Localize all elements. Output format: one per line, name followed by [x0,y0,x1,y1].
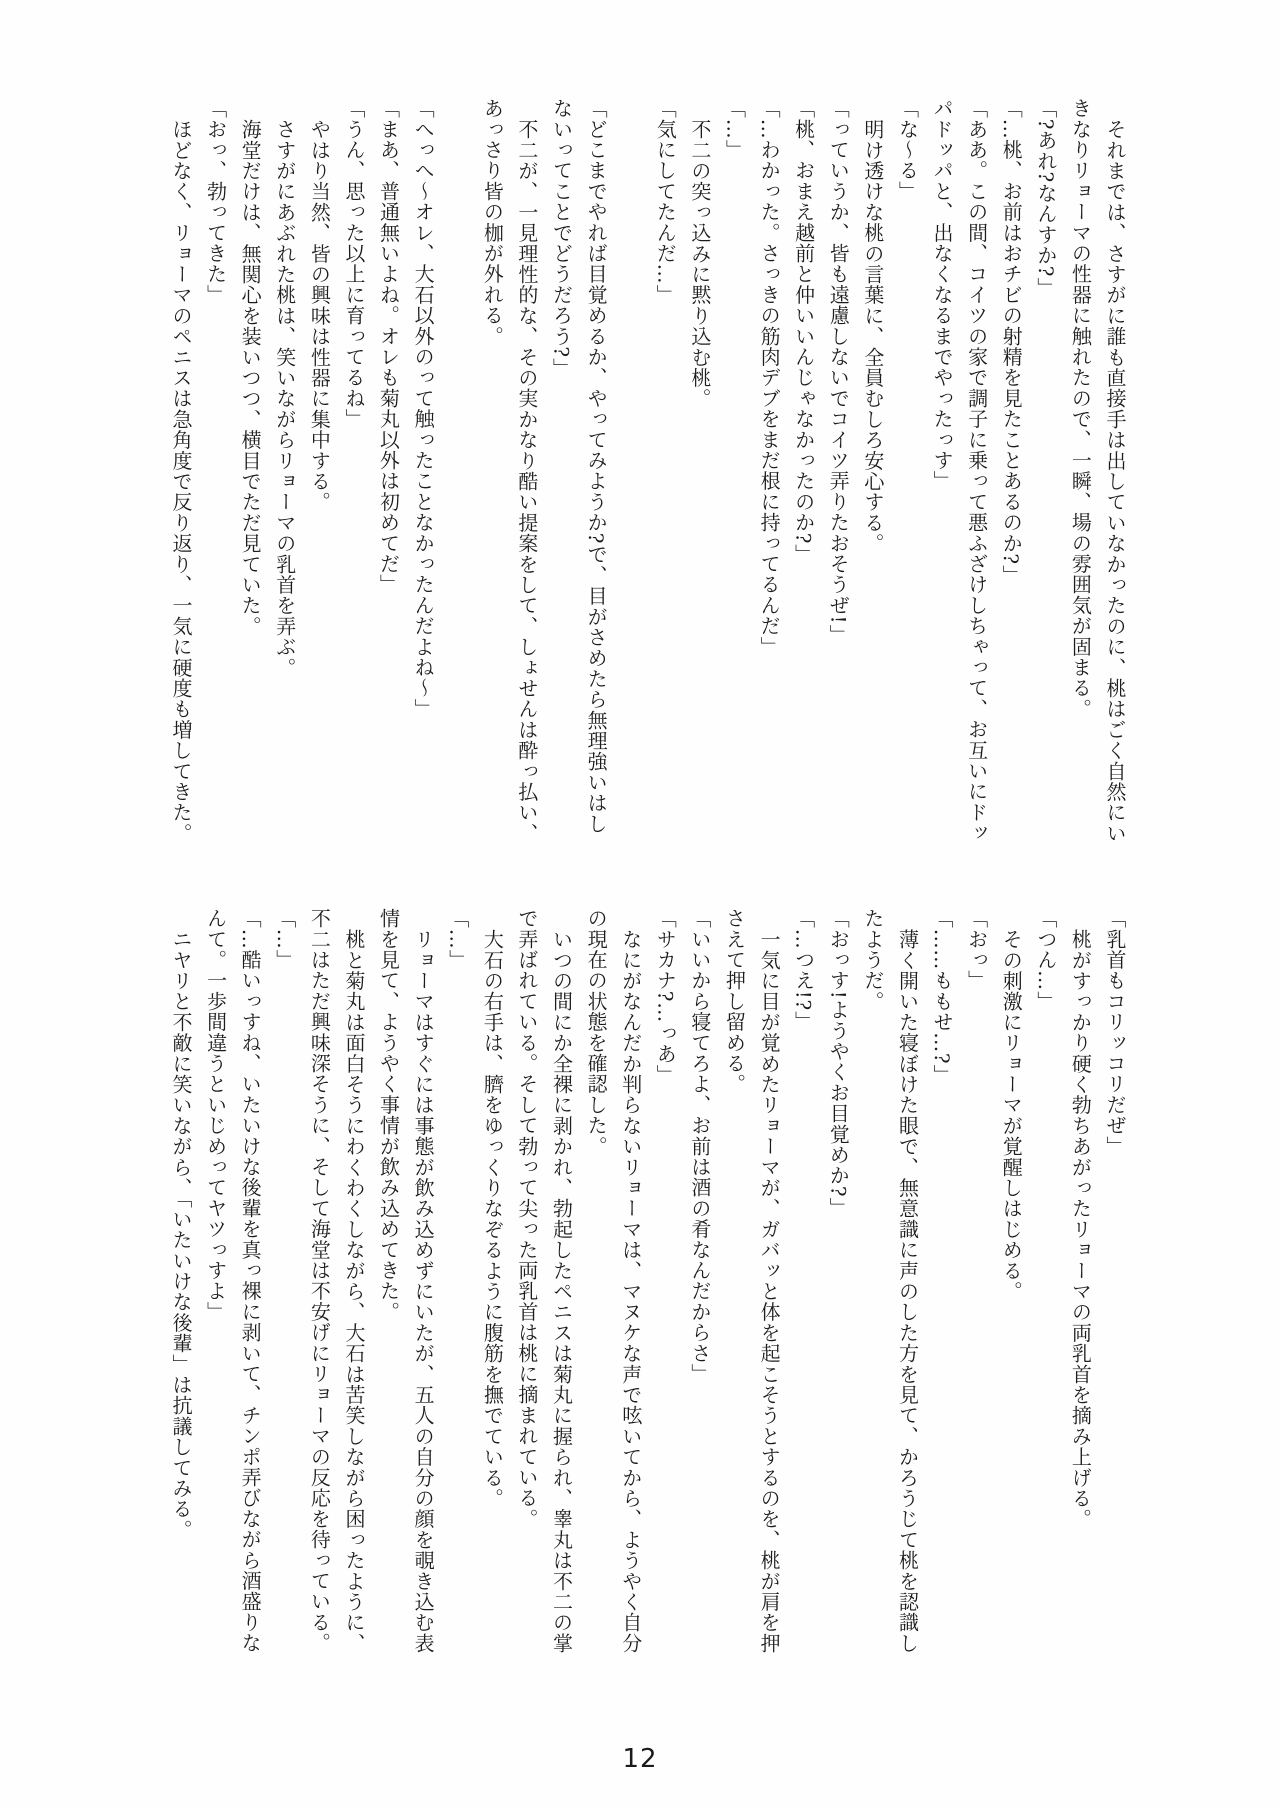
text-line: 「な〜る」 [890,98,925,840]
text-line: その刺激にリョーマが覚醒しはじめる。 [994,908,1029,1650]
text-line: 「おっ」 [959,908,994,1650]
text-line: の現在の状態を確認した。 [579,908,614,1650]
text-line: ニヤリと不敵に笑いながら、「いたいけな後輩」は抗議してみる。 [163,908,198,1650]
text-line: 桃がすっかり硬く勃ちあがったリョーマの両乳首を摘み上げる。 [1063,908,1098,1650]
text-line [440,98,475,840]
text-line: きなりリョーマの性器に触れたので、一瞬、場の雰囲気が固まる。 [1063,98,1098,840]
text-line: それまでは、さすがに誰も直接手は出していなかったのに、桃はごく自然にい [1097,98,1132,840]
text-block-top: それまでは、さすがに誰も直接手は出していなかったのに、桃はごく自然にいきなりリョ… [163,98,1132,840]
text-line: 「桃、おまえ越前と仲いいんじゃなかったのか?」 [786,98,821,840]
text-line: ほどなく、リョーマのペニスは急角度で反り返り、一気に硬度も増してきた。 [163,98,198,840]
text-line: 「まあ、普通無いよね。オレも菊丸以外は初めてだ」 [371,98,406,840]
text-line: 「サカナ?…っあ」 [648,908,683,1650]
text-line: 「つん…」 [1028,908,1063,1650]
text-line: 「どこまでやれば目覚めるか、やってみようか?で、目がさめたら無理強いはし [579,98,614,840]
text-line: 「…」 [440,908,475,1650]
text-line: たようだ。 [855,908,890,1650]
text-line: 「乳首もコリッコリだぜ」 [1097,908,1132,1650]
text-line: 「気にしてたんだ…」 [648,98,683,840]
text-line: あっさり皆の枷が外れる。 [475,98,510,840]
text-line: んて。一歩間違うといじめってヤツっすよ」 [198,908,233,1650]
text-line: いつの間にか全裸に剥かれ、勃起したペニスは菊丸に握られ、睾丸は不二の掌 [544,908,579,1650]
text-line: 「うん、思った以上に育ってるね」 [336,98,371,840]
page-number: 12 [0,1744,1280,1774]
text-line: 「…つえ!?」 [786,908,821,1650]
text-line: 「おっす!ようやくお目覚めか?」 [821,908,856,1650]
text-line: 「へっへ〜オレ、大石以外のって触ったことなかったんだよね〜」 [406,98,441,840]
text-line: 海堂だけは、無関心を装いつつ、横目でただ見ていた。 [233,98,268,840]
text-line: 情を見て、ようやく事情が飲み込めてきた。 [371,908,406,1650]
text-line: 「…」 [717,98,752,840]
text-line: 「…桃、お前はおチビの射精を見たことあるのか?」 [994,98,1029,840]
text-line: 桃と菊丸は面白そうにわくわくしながら、大石は苦笑しながら困ったように、 [336,908,371,1650]
text-line: で弄ばれている。そして勃って尖った両乳首は桃に摘まれている。 [509,908,544,1650]
text-line: 「おっ、勃ってきた」 [198,98,233,840]
text-line: さえて押し留める。 [717,908,752,1650]
text-line: パドッパと、出なくなるまでやったっす」 [924,98,959,840]
text-line: 不二が、一見理性的な、その実かなり酷い提案をして、しょせんは酔っ払い、 [509,98,544,840]
text-line: 「っていうか、皆も遠慮しないでコイツ弄りたおそうぜ!」 [821,98,856,840]
text-line: なにがなんだか判らないリョーマは、マヌケな声で呟いてから、ようやく自分 [613,908,648,1650]
text-line: 「いいから寝てろよ、お前は酒の肴なんだからさ」 [682,908,717,1650]
text-line: 明け透けな桃の言葉に、全員むしろ安心する。 [855,98,890,840]
text-line: やはり当然、皆の興味は性器に集中する。 [302,98,337,840]
scanned-novel-page: それまでは、さすがに誰も直接手は出していなかったのに、桃はごく自然にいきなりリョ… [0,0,1280,1807]
text-line: 薄く開いた寝ぼけた眼で、無意識に声のした方を見て、かろうじて桃を認識し [890,908,925,1650]
text-line: 大石の右手は、臍をゆっくりなぞるように腹筋を撫でている。 [475,908,510,1650]
text-line: ないってことでどうだろう?」 [544,98,579,840]
text-line: 「……ももせ…?」 [924,908,959,1650]
text-line: 「ああ。この間、コイツの家で調子に乗って悪ふざけしちゃって、お互いにドッ [959,98,994,840]
text-line: 不二はただ興味深そうに、そして海堂は不安げにリョーマの反応を待っている。 [302,908,337,1650]
text-block-bottom: 「乳首もコリッコリだぜ」桃がすっかり硬く勃ちあがったリョーマの両乳首を摘み上げる… [163,908,1132,1650]
text-line: 「…酷いっすね、いたいけな後輩を真っ裸に剥いて、チンポ弄びながら酒盛りな [233,908,268,1650]
text-line: 不二の突っ込みに黙り込む桃。 [682,98,717,840]
text-line: 一気に目が覚めたリョーマが、ガバッと体を起こそうとするのを、桃が肩を押 [751,908,786,1650]
text-line: リョーマはすぐには事態が飲み込めずにいたが、五人の自分の顔を覗き込む表 [406,908,441,1650]
text-line: さすがにあぶれた桃は、笑いながらリョーマの乳首を弄ぶ。 [267,98,302,840]
text-line [613,98,648,840]
text-line: 「…わかった。さっきの筋肉デブをまだ根に持ってるんだ」 [751,98,786,840]
text-line: 「?あれ?なんすか?」 [1028,98,1063,840]
text-line: 「…」 [267,908,302,1650]
